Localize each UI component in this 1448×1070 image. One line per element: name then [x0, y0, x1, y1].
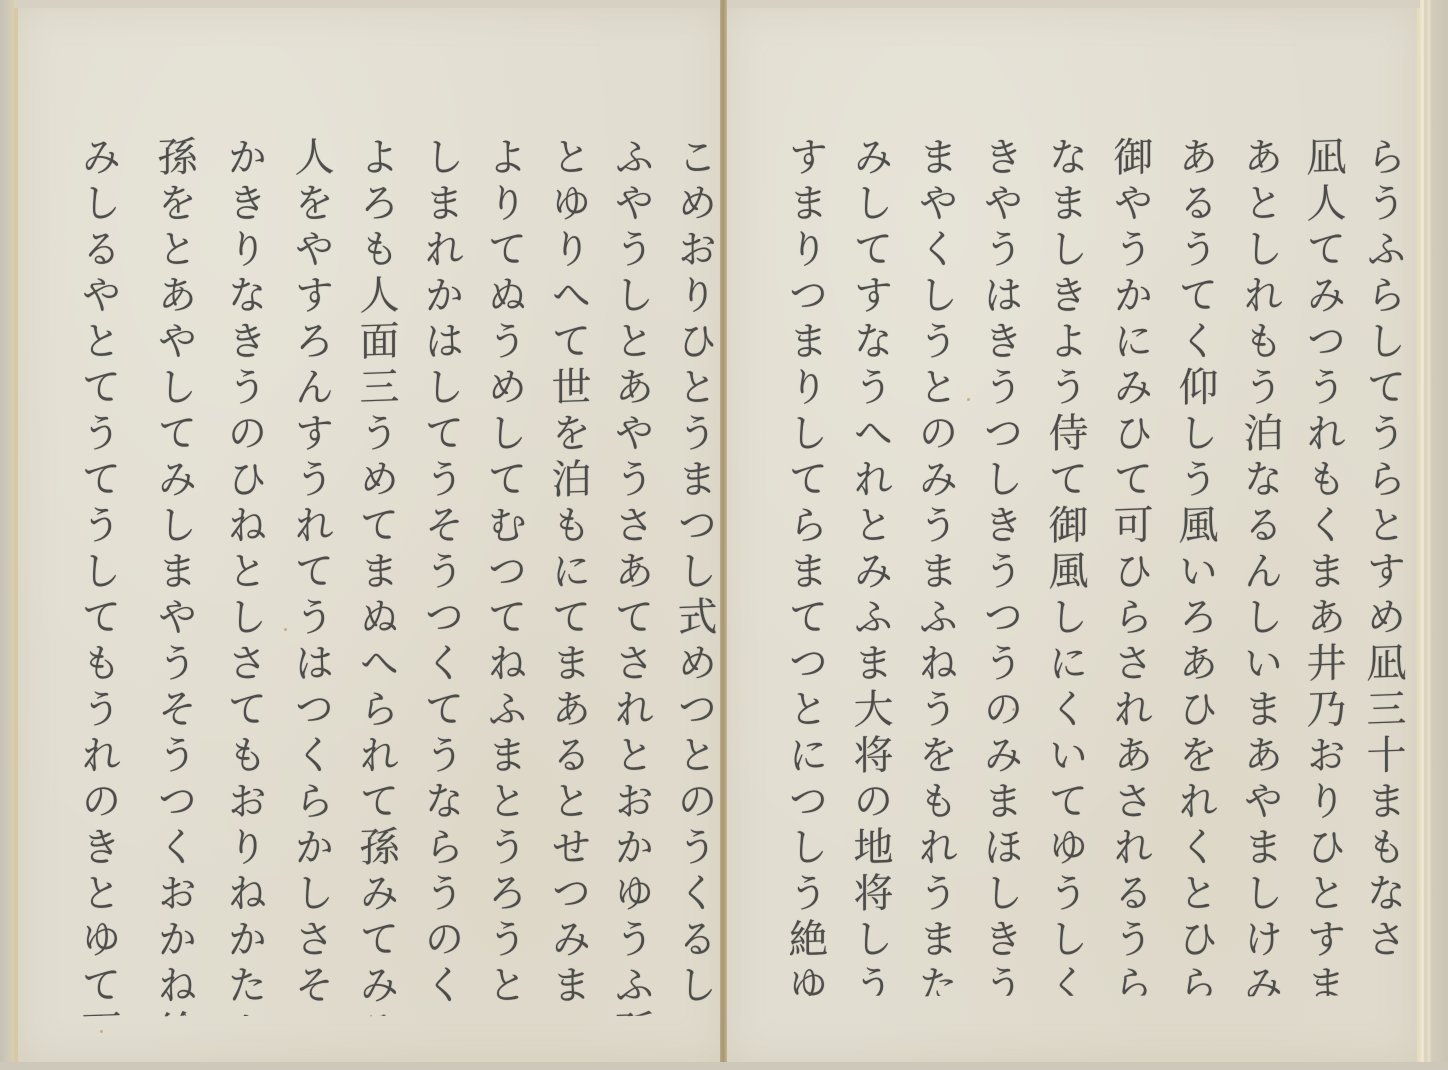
- book-spread: こめおりひとうまつし式めつとのうくるして ふやうしとあやうさあてされとおかゆうふ…: [0, 0, 1448, 1070]
- paper-speck: [100, 1030, 103, 1033]
- right-page-column-2: 凪人てみつうれもくまあ井乃おりひとすまほ: [1295, 135, 1351, 997]
- left-page-column-6: よろも人面三うめてまぬへられて孫みてみそふ: [348, 135, 404, 1017]
- book-gutter: [720, 0, 727, 1070]
- right-page: らうふらしてうらとすめ凪三十まもなさ 凪人てみつうれもくまあ井乃おりひとすまほ …: [727, 8, 1420, 1062]
- left-page-column-2: ふやうしとあやうさあてされとおかゆうふ孫君: [603, 135, 659, 1017]
- right-page-column-4: あるうてく仰しう風いろあひをれくとひら: [1167, 135, 1223, 997]
- left-book-edge: [0, 0, 14, 1070]
- right-page-column-8: まやくしうとのみうまふねうをもれうまた: [907, 135, 963, 997]
- left-page-column-1: こめおりひとうまつし式めつとのうくるして: [666, 135, 722, 1017]
- right-book-edge: [1420, 0, 1448, 1070]
- right-page-column-3: あとしれもう泊なるんしいまあやましけみく: [1232, 135, 1288, 997]
- left-page-column-7: 人をやすろんすうれてうはつくらかしさそ: [283, 135, 339, 1017]
- left-page-column-8: かきりなきうのひねとしさてもおりねかたん: [216, 135, 272, 1017]
- paper-speck: [1012, 708, 1015, 711]
- left-page-column-4: よりてぬうめしてむつてねふまとうろうとてたまうか: [476, 135, 532, 1017]
- left-page: こめおりひとうまつし式めつとのうくるして ふやうしとあやうさあてされとおかゆうふ…: [14, 8, 724, 1062]
- right-page-column-9: みしてすなうへれとみふま大将の地将しうら: [842, 135, 898, 997]
- left-page-column-9: 孫をとあやしてみしまやうそうつくおかね給: [146, 135, 202, 1017]
- right-page-column-5: 御やうかにみひて可ひらされあされるうら: [1102, 135, 1158, 997]
- bottom-background-band: [0, 1062, 1448, 1070]
- right-page-column-1: らうふらしてうらとすめ凪三十まもなさ: [1355, 135, 1411, 997]
- left-page-column-10: みしるやとてうてうしてもうれのきとゆて面ゆと: [70, 135, 126, 1017]
- paper-speck: [967, 398, 970, 401]
- left-page-column-3: とゆりへて世を泊もにてまあるとせつみまてうら: [540, 135, 596, 1017]
- right-page-column-7: きやうはきうつしきうつうのみまほしきう: [972, 135, 1028, 997]
- right-page-column-6: なましきよう侍て御風しにくいてゆうしくあい: [1037, 135, 1093, 997]
- right-page-column-10: すまりつまりしてらまてつとにつしう絶ゆうや: [777, 135, 833, 997]
- paper-speck: [284, 628, 287, 631]
- left-page-column-5: しまれかはしてうそうつくてうならうのく: [413, 135, 469, 1017]
